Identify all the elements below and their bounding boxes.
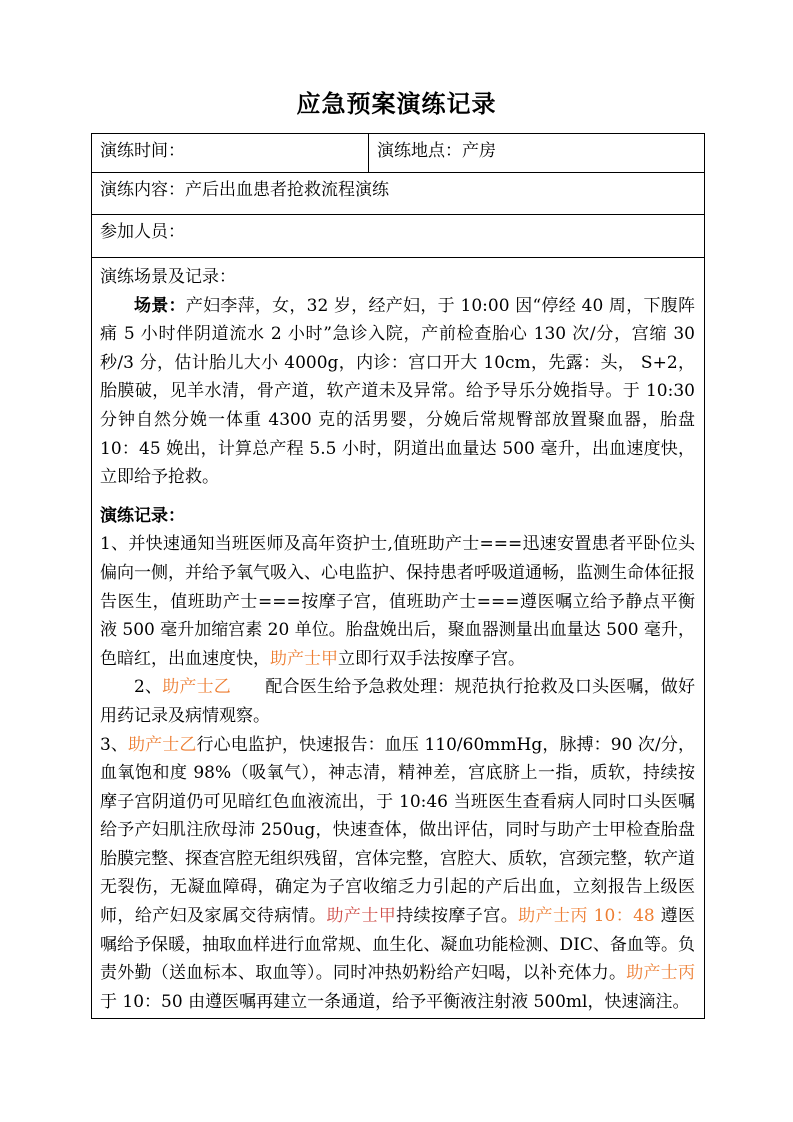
text-segment: 2、 (134, 677, 162, 697)
drill-content-cell: 演练内容：产后出血患者抢救流程演练 (92, 173, 704, 214)
highlighted-role-text: 助产士乙 (128, 735, 196, 755)
participants-cell: 参加人员： (92, 215, 704, 257)
row-drill-content: 演练内容：产后出血患者抢救流程演练 (92, 173, 704, 215)
record-paragraph: 演练场景及记录： (100, 263, 695, 292)
text-segment: 场景： (134, 296, 186, 316)
drill-record-table: 演练时间： 演练地点：产房 演练内容：产后出血患者抢救流程演练 参加人员： 演练… (91, 133, 705, 1019)
record-paragraph: 演练记录： (100, 502, 695, 531)
text-segment: 产妇李萍，女，32 岁，经产妇，于 10:00 因“停经 40 周，下腹阵痛 5… (100, 296, 695, 488)
text-segment: 持续按摩子宫。 (396, 906, 518, 926)
highlighted-role-text: 助产士丙 (626, 963, 695, 983)
blank-line (100, 492, 695, 502)
text-segment: 于 10：50 由遵医嘱再建立一条通道，给予平衡液注射液 500ml，快速滴注。 (100, 992, 689, 1012)
text-segment: 演练场景及记录： (100, 267, 236, 287)
row-participants: 参加人员： (92, 215, 704, 258)
highlighted-role-text: 助产士甲 (326, 906, 396, 926)
text-segment: 3、 (100, 735, 128, 755)
record-paragraph: 3、助产士乙行心电监护，快速报告：血压 110/60mmHg，脉搏：90 次/分… (100, 731, 695, 1017)
row-record: 演练场景及记录：场景：产妇李萍，女，32 岁，经产妇，于 10:00 因“停经 … (92, 258, 704, 1018)
text-segment: 演练记录： (100, 506, 185, 526)
record-paragraph: 场景：产妇李萍，女，32 岁，经产妇，于 10:00 因“停经 40 周，下腹阵… (100, 292, 695, 492)
document-page: 应急预案演练记录 演练时间： 演练地点：产房 演练内容：产后出血患者抢救流程演练… (0, 0, 793, 1122)
highlighted-role-text: 助产士乙 (162, 677, 231, 697)
text-segment: 立即行双手法按摩子宫。 (338, 649, 525, 669)
record-paragraph: 1、并快速通知当班医师及高年资护士,值班助产士===迅速安置患者平卧位头偏向一侧… (100, 530, 695, 673)
row-time-location: 演练时间： 演练地点：产房 (92, 134, 704, 173)
highlighted-role-text: 助产士丙 10：48 (518, 906, 660, 926)
text-segment: 行心电监护，快速报告：血压 110/60mmHg，脉搏：90 次/分，血氧饱和度… (100, 735, 695, 927)
drill-time-cell: 演练时间： (92, 134, 369, 172)
page-title: 应急预案演练记录 (0, 88, 793, 120)
record-content-cell: 演练场景及记录：场景：产妇李萍，女，32 岁，经产妇，于 10:00 因“停经 … (92, 258, 704, 1018)
record-paragraph: 2、助产士乙 配合医生给予急救处理：规范执行抢救及口头医嘱，做好用药记录及病情观… (100, 673, 695, 730)
drill-location-cell: 演练地点：产房 (369, 134, 704, 172)
highlighted-role-text: 助产士甲 (270, 649, 338, 669)
